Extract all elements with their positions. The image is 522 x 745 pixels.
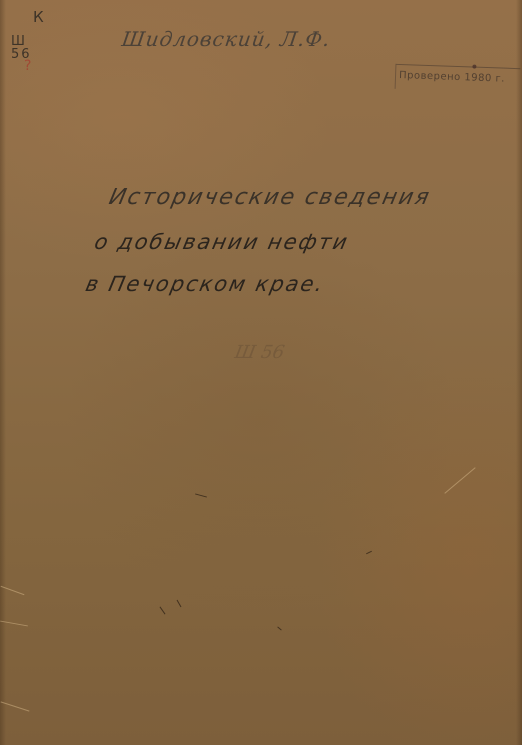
catalog-question-mark: ?	[24, 59, 31, 73]
verification-stamp: Проверено 1980 г.	[395, 64, 521, 93]
title-line-3: в Печорском крае.	[83, 272, 327, 296]
paper-fiber	[177, 600, 182, 607]
stamp-text: Проверено 1980 г.	[399, 70, 505, 85]
paper-fiber	[160, 607, 166, 615]
stamp-dot	[472, 65, 476, 69]
page-edge-right	[516, 0, 522, 745]
paper-fiber	[277, 627, 281, 631]
page-edge-left	[0, 0, 6, 745]
paper-crease	[444, 467, 475, 493]
document-cover: К Ш 56 ? Шидловский, Л.Ф. Проверено 1980…	[0, 0, 522, 745]
faint-pencil-inscription: Ш 56	[233, 342, 286, 363]
author-name: Шидловский, Л.Ф.	[120, 27, 332, 51]
paper-fiber	[366, 551, 372, 554]
title-line-2: о добывании нефти	[92, 230, 351, 254]
paper-fiber	[195, 493, 207, 497]
catalog-letter: К	[33, 10, 44, 25]
title-line-1: Исторические сведения	[107, 185, 433, 210]
